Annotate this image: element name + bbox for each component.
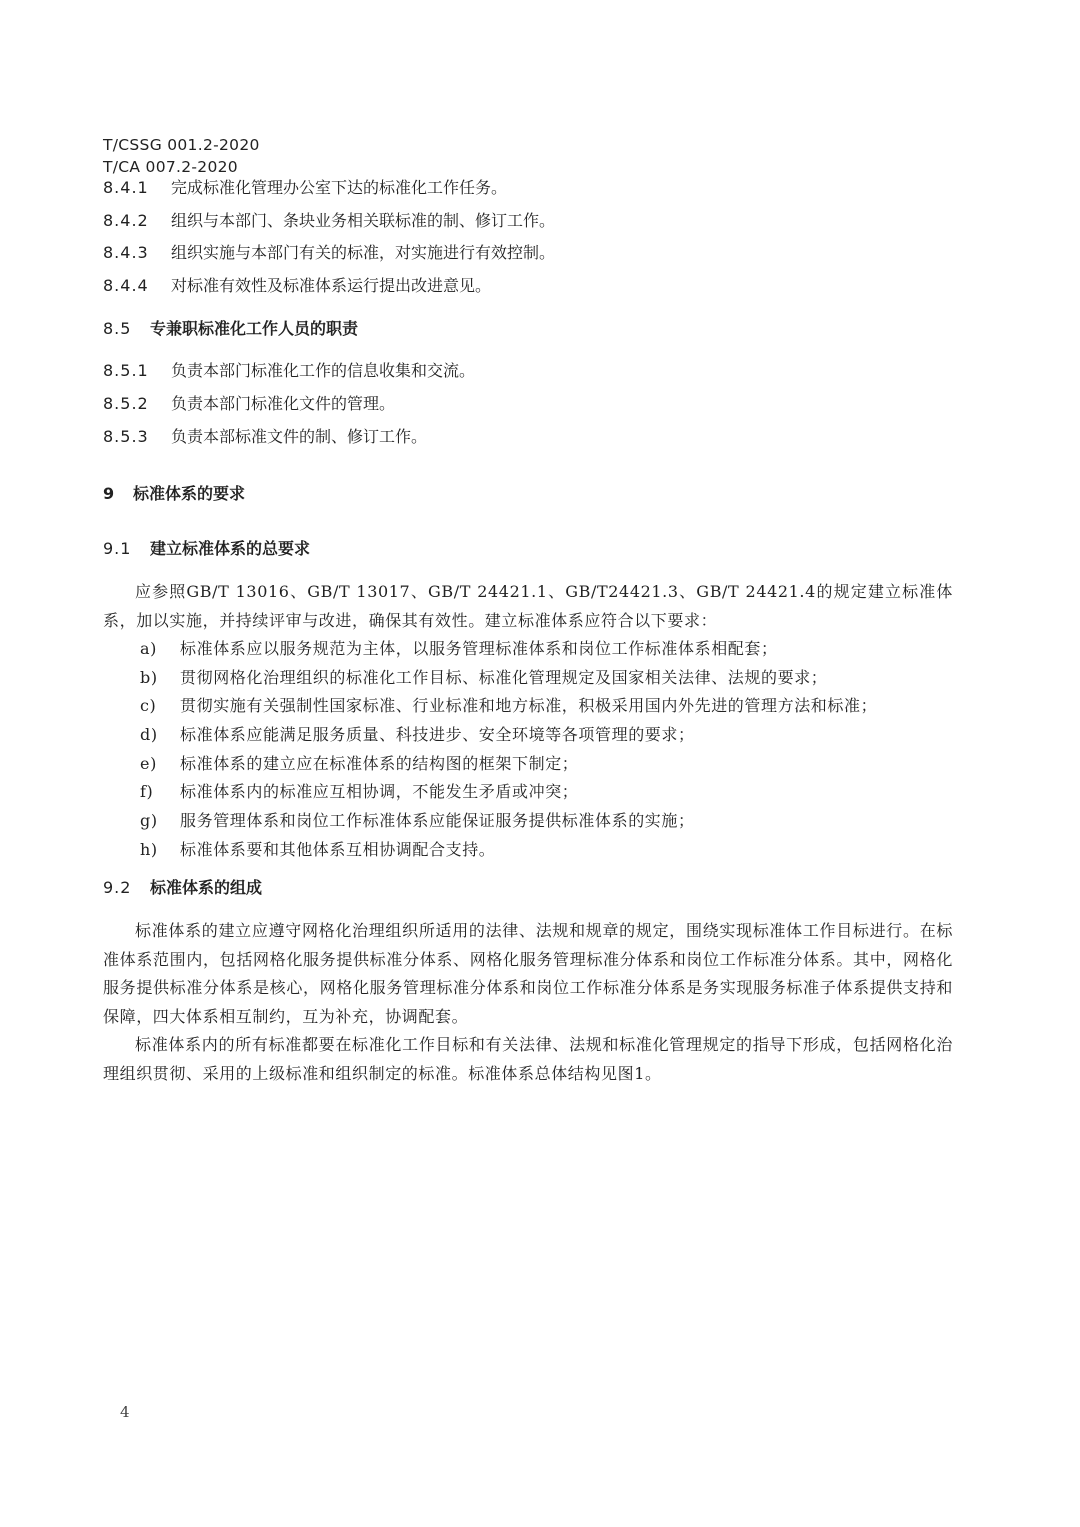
clause-text: 负责本部门标准化工作的信息收集和交流。 [171, 361, 475, 380]
list-marker: e) [140, 750, 180, 779]
clause-8-5-2: 8.5.2负责本部门标准化文件的管理。 [103, 393, 395, 415]
list-item-text: 贯彻实施有关强制性国家标准、行业标准和地方标准，积极采用国内外先进的管理方法和标… [180, 696, 877, 715]
section-number: 9 [103, 483, 133, 505]
list-item: h)标准体系要和其他体系互相协调配合支持。 [140, 836, 955, 865]
section-title: 标准体系的组成 [150, 878, 262, 897]
section-heading-9-2: 9.2标准体系的组成 [103, 877, 262, 899]
clause-8-4-1: 8.4.1完成标准化管理办公室下达的标准化工作任务。 [103, 177, 507, 199]
section-9-2-body: 标准体系的建立应遵守网格化治理组织所适用的法律、法规和规章的规定，围绕实现标准体… [103, 917, 953, 1088]
clause-text: 负责本部门标准化文件的管理。 [171, 394, 395, 413]
list-item-text: 标准体系内的标准应互相协调，不能发生矛盾或冲突； [180, 782, 578, 801]
section-heading-8-5: 8.5专兼职标准化工作人员的职责 [103, 318, 358, 340]
list-item: d)标准体系应能满足服务质量、科技进步、安全环境等各项管理的要求； [140, 721, 955, 750]
document-page: T/CSSG 001.2-2020 T/CA 007.2-2020 8.4.1完… [0, 0, 1080, 1527]
clause-text: 组织与本部门、条块业务相关联标准的制、修订工作。 [171, 211, 555, 230]
standard-code-primary: T/CSSG 001.2-2020 [103, 134, 260, 156]
section-9-1-intro: 应参照GB/T 13016、GB/T 13017、GB/T 24421.1、GB… [103, 578, 953, 635]
section-heading-9-1: 9.1建立标准体系的总要求 [103, 538, 310, 560]
list-item: c)贯彻实施有关强制性国家标准、行业标准和地方标准，积极采用国内外先进的管理方法… [140, 692, 955, 721]
section-title: 专兼职标准化工作人员的职责 [150, 319, 358, 338]
clause-number: 8.4.4 [103, 275, 171, 297]
clause-8-4-2: 8.4.2组织与本部门、条块业务相关联标准的制、修订工作。 [103, 210, 555, 232]
section-number: 8.5 [103, 318, 150, 340]
section-number: 9.1 [103, 538, 150, 560]
list-marker: f) [140, 778, 180, 807]
list-marker: a) [140, 635, 180, 664]
list-item-text: 标准体系应以服务规范为主体，以服务管理标准体系和岗位工作标准体系相配套； [180, 639, 778, 658]
clause-text: 对标准有效性及标准体系运行提出改进意见。 [171, 276, 491, 295]
document-header: T/CSSG 001.2-2020 T/CA 007.2-2020 [103, 134, 260, 178]
paragraph: 应参照GB/T 13016、GB/T 13017、GB/T 24421.1、GB… [103, 578, 953, 635]
paragraph: 标准体系的建立应遵守网格化治理组织所适用的法律、法规和规章的规定，围绕实现标准体… [103, 917, 953, 1031]
list-item-text: 标准体系的建立应在标准体系的结构图的框架下制定； [180, 754, 578, 773]
list-marker: b) [140, 664, 180, 693]
clause-8-4-3: 8.4.3组织实施与本部门有关的标准，对实施进行有效控制。 [103, 242, 555, 264]
list-item: f)标准体系内的标准应互相协调，不能发生矛盾或冲突； [140, 778, 955, 807]
list-marker: d) [140, 721, 180, 750]
clause-text: 负责本部标准文件的制、修订工作。 [171, 427, 427, 446]
clause-number: 8.4.3 [103, 242, 171, 264]
list-marker: g) [140, 807, 180, 836]
list-item-text: 标准体系要和其他体系互相协调配合支持。 [180, 840, 495, 859]
list-item: g)服务管理体系和岗位工作标准体系应能保证服务提供标准体系的实施； [140, 807, 955, 836]
clause-number: 8.5.2 [103, 393, 171, 415]
clause-number: 8.4.2 [103, 210, 171, 232]
list-item-text: 贯彻网格化治理组织的标准化工作目标、标准化管理规定及国家相关法律、法规的要求； [180, 668, 827, 687]
section-title: 标准体系的要求 [133, 484, 245, 503]
list-marker: c) [140, 692, 180, 721]
clause-text: 完成标准化管理办公室下达的标准化工作任务。 [171, 178, 507, 197]
list-item: b)贯彻网格化治理组织的标准化工作目标、标准化管理规定及国家相关法律、法规的要求… [140, 664, 955, 693]
standard-code-secondary: T/CA 007.2-2020 [103, 156, 260, 178]
list-marker: h) [140, 836, 180, 865]
clause-text: 组织实施与本部门有关的标准，对实施进行有效控制。 [171, 243, 555, 262]
clause-8-5-3: 8.5.3负责本部标准文件的制、修订工作。 [103, 426, 427, 448]
section-heading-9: 9标准体系的要求 [103, 483, 245, 505]
requirements-list: a)标准体系应以服务规范为主体，以服务管理标准体系和岗位工作标准体系相配套； b… [140, 635, 955, 865]
clause-number: 8.5.1 [103, 360, 171, 382]
list-item-text: 标准体系应能满足服务质量、科技进步、安全环境等各项管理的要求； [180, 725, 695, 744]
clause-number: 8.5.3 [103, 426, 171, 448]
list-item-text: 服务管理体系和岗位工作标准体系应能保证服务提供标准体系的实施； [180, 811, 695, 830]
section-number: 9.2 [103, 877, 150, 899]
clause-number: 8.4.1 [103, 177, 171, 199]
page-number: 4 [120, 1403, 130, 1421]
clause-8-5-1: 8.5.1负责本部门标准化工作的信息收集和交流。 [103, 360, 475, 382]
list-item: e)标准体系的建立应在标准体系的结构图的框架下制定； [140, 750, 955, 779]
paragraph: 标准体系内的所有标准都要在标准化工作目标和有关法律、法规和标准化管理规定的指导下… [103, 1031, 953, 1088]
list-item: a)标准体系应以服务规范为主体，以服务管理标准体系和岗位工作标准体系相配套； [140, 635, 955, 664]
section-title: 建立标准体系的总要求 [150, 539, 310, 558]
clause-8-4-4: 8.4.4对标准有效性及标准体系运行提出改进意见。 [103, 275, 491, 297]
